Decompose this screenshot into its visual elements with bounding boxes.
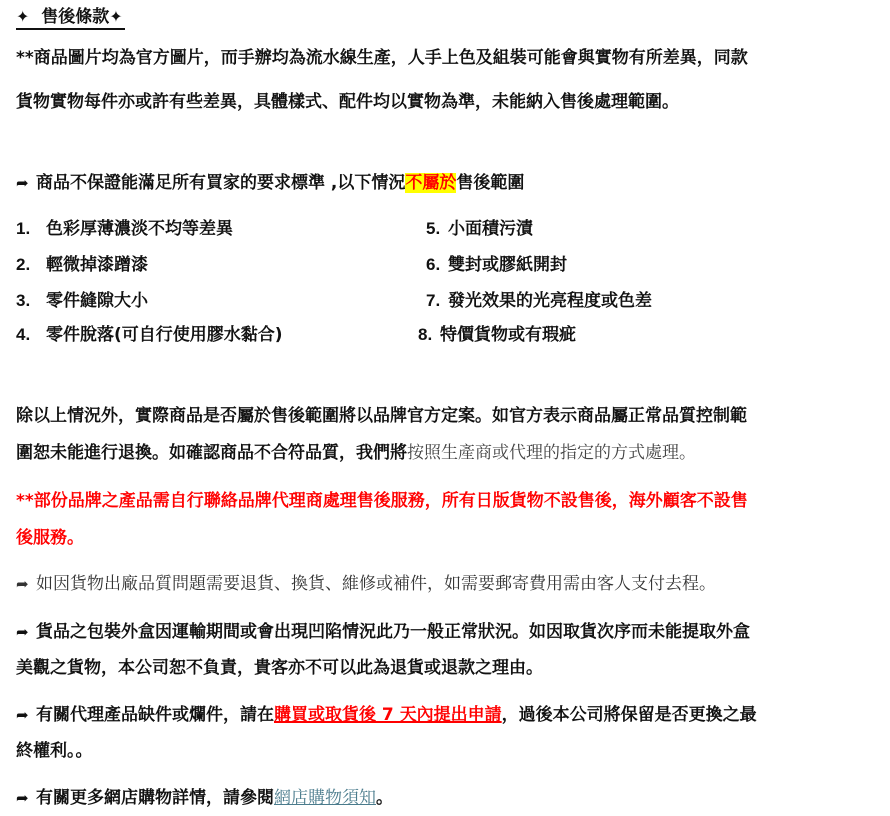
list-item: 6.雙封或膠紙開封 (426, 248, 567, 282)
more-info-text: 有關更多網店購物詳情，請參閱 (36, 788, 274, 808)
other-cases-line-2: 圍恕未能進行退換。如確認商品不合符品質，我們將按照生產商或代理的指定的方式處理。 (16, 435, 882, 471)
list-number: 8. (418, 318, 440, 352)
section-title: ✦ 售後條款✦ (16, 6, 125, 30)
missing-parts-text: 有關代理產品缺件或爛件，請在 (36, 705, 274, 725)
list-text: 雙封或膠紙開封 (448, 255, 567, 275)
list-text: 小面積污漬 (448, 219, 533, 239)
missing-parts-text-end: ，過後本公司將保留是否更換之最 (502, 705, 757, 725)
not-covered-highlight: 不屬於 (405, 173, 456, 193)
defect-text: 如因貨物出廠品質問題需要退貨、換貨、維修或補件，如需要郵寄費用需由客人支付去程。 (36, 574, 716, 594)
shopping-guide-link[interactable]: 網店購物須知 (274, 788, 376, 808)
list-item: 2.輕微掉漆蹭漆 (16, 248, 148, 282)
list-number: 4. (16, 318, 46, 352)
list-number: 5. (426, 212, 448, 246)
packaging-notice-line-1: ➦貨品之包裝外盒因運輸期間或會出現凹陷情況此乃一般正常狀況。如因取貨次序而未能提… (16, 614, 882, 650)
list-item: 8.特價貨物或有瑕疵 (418, 318, 576, 352)
list-item: 3.零件縫隙大小 (16, 284, 148, 318)
intro-line-1: **商品圖片均為官方圖片，而手辦均為流水線生產，人手上色及組裝可能會與實物有所差… (16, 40, 882, 76)
arrow-right-icon: ➦ (16, 697, 36, 733)
list-number: 6. (426, 248, 448, 282)
list-text: 輕微掉漆蹭漆 (46, 255, 148, 275)
list-number: 7. (426, 284, 448, 318)
arrow-right-icon: ➦ (16, 614, 36, 650)
list-text: 零件脫落(可自行使用膠水黏合) (46, 325, 283, 345)
exclusion-text: 商品不保證能滿足所有買家的要求標準 ,以下情況 (36, 173, 405, 193)
other-cases-text: 圍恕未能進行退換。如確認商品不合符品質，我們將 (16, 443, 407, 463)
packaging-text: 貨品之包裝外盒因運輸期間或會出現凹陷情況此乃一般正常狀況。如因取貨次序而未能提取… (36, 622, 750, 642)
more-info-period: 。 (376, 788, 393, 808)
arrow-right-icon: ➦ (16, 566, 36, 602)
missing-parts-line-1: ➦有關代理產品缺件或爛件，請在購買或取貨後 7 天內提出申請，過後本公司將保留是… (16, 697, 882, 733)
list-text: 色彩厚薄濃淡不均等差異 (46, 219, 233, 239)
list-number: 3. (16, 284, 46, 318)
list-text: 零件縫隙大小 (46, 291, 148, 311)
brand-notice-line-1: **部份品牌之產品需自行聯絡品牌代理商處理售後服務，所有日版貨物不設售後，海外顧… (16, 483, 882, 519)
list-text: 特價貨物或有瑕疵 (440, 325, 576, 345)
other-cases-gray-text: 按照生產商或代理的指定的方式處理。 (407, 443, 696, 463)
exclusion-text-end: 售後範圍 (456, 173, 524, 193)
list-item: 7.發光效果的光亮程度或色差 (426, 284, 652, 318)
list-item: 1.色彩厚薄濃淡不均等差異 (16, 212, 233, 246)
intro-line-2: 貨物實物每件亦或許有些差異，具體樣式、配件均以實物為準，未能納入售後處理範圍。 (16, 84, 882, 120)
list-number: 2. (16, 248, 46, 282)
list-text: 發光效果的光亮程度或色差 (448, 291, 652, 311)
star-icon: ✦ (109, 7, 122, 26)
packaging-notice-line-2: 美觀之貨物，本公司恕不負責，貴客亦不可以此為退貨或退款之理由。 (16, 650, 882, 686)
list-number: 1. (16, 212, 46, 246)
apply-within-7-days-link[interactable]: 購買或取貨後 7 天內提出申請 (274, 705, 502, 725)
exclusion-heading: ➦商品不保證能滿足所有買家的要求標準 ,以下情況不屬於售後範圍 (16, 165, 882, 201)
star-icon: ✦ (16, 7, 29, 26)
title-text: 售後條款 (41, 7, 109, 27)
arrow-right-icon: ➦ (16, 780, 36, 816)
list-item: 5.小面積污漬 (426, 212, 533, 246)
more-info-line: ➦有關更多網店購物詳情，請參閱網店購物須知。 (16, 780, 882, 816)
defect-notice: ➦如因貨物出廠品質問題需要退貨、換貨、維修或補件，如需要郵寄費用需由客人支付去程… (16, 566, 882, 602)
list-item: 4.零件脫落(可自行使用膠水黏合) (16, 318, 283, 352)
brand-notice-line-2: 後服務。 (16, 520, 882, 556)
other-cases-line-1: 除以上情況外，實際商品是否屬於售後範圍將以品牌官方定案。如官方表示商品屬正常品質… (16, 398, 882, 434)
arrow-right-icon: ➦ (16, 165, 36, 201)
missing-parts-line-2: 終權利。。 (16, 733, 882, 769)
